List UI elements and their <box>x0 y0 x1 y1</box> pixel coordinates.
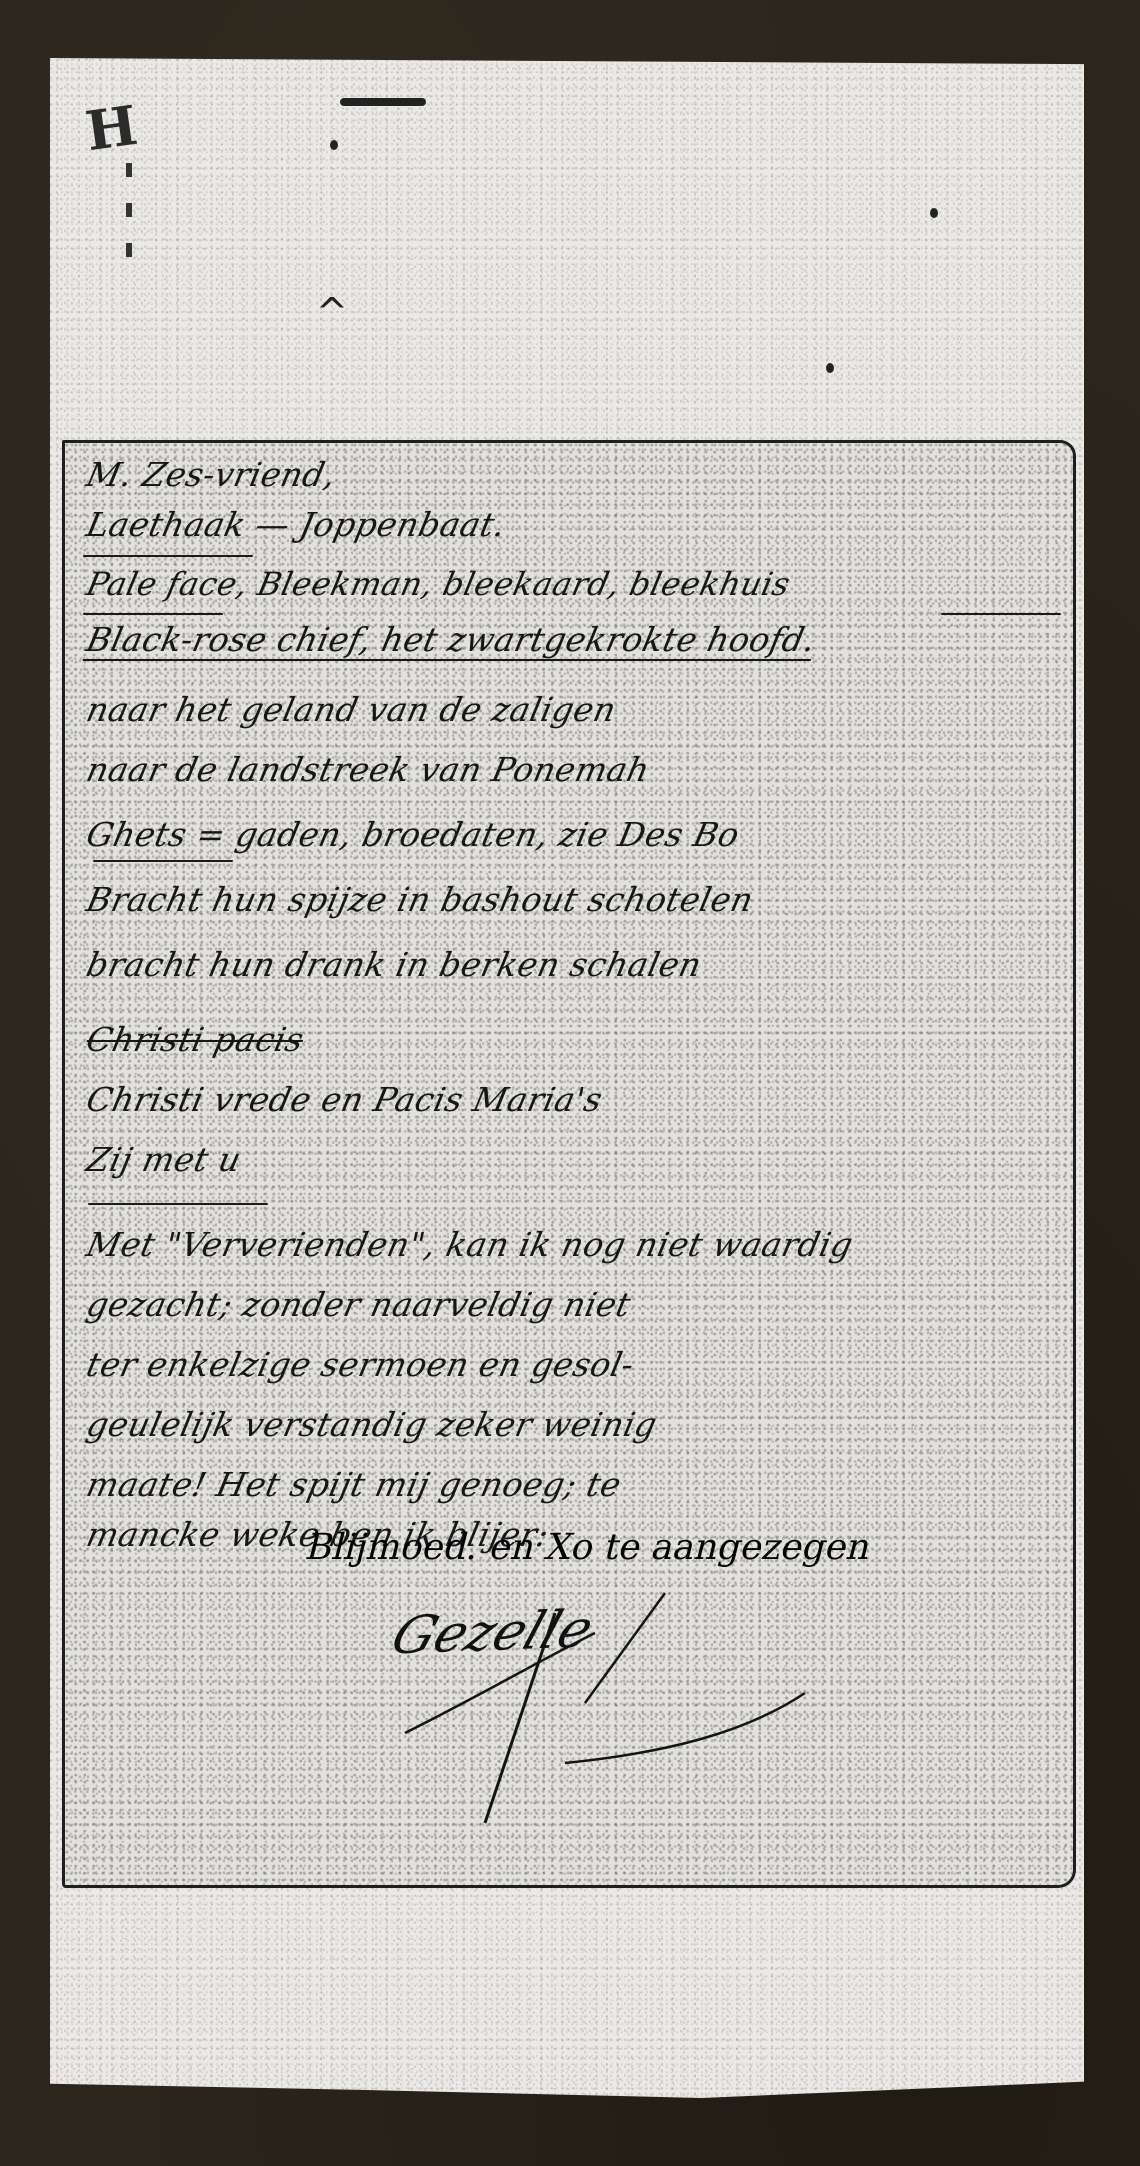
corner-letter-mark: H <box>82 93 141 163</box>
signature: Gezelle <box>384 1600 601 1667</box>
top-margin: H ^ <box>50 58 1084 438</box>
letter-line-13: Met "Ververienden", kan ik nog niet waar… <box>83 1225 857 1264</box>
dash-mark <box>340 98 426 106</box>
section-divider <box>88 1203 268 1205</box>
underline-rule <box>941 613 1061 615</box>
ink-dot <box>930 208 938 218</box>
letter-line-17: maate! Het spijt mij genoeg; te <box>83 1465 625 1504</box>
letter-line-1: M. Zes-vriend, <box>83 455 340 494</box>
ink-dot <box>330 140 338 150</box>
letter-line-7: Ghets = gaden, broedaten, zie Des Bo <box>83 815 743 854</box>
letter-line-5: naar het geland van de zaligen <box>83 690 620 729</box>
caret-mark: ^ <box>316 290 348 334</box>
letter-line-11: Christi vrede en Pacis Maria's <box>83 1080 606 1119</box>
underline-rule <box>83 555 253 557</box>
bottom-margin <box>50 1888 1084 2098</box>
letter-line-9: bracht hun drank in berken schalen <box>83 945 705 984</box>
paper-sheet: H ^ M. Zes-vriend, Laethaak — Joppenbaat… <box>50 58 1084 2098</box>
dotted-mark <box>126 163 132 273</box>
letter-line-15: ter enkelzige sermoen en gesol- <box>83 1345 638 1384</box>
underline-rule <box>93 860 233 862</box>
letter-closing: Blijmoed. en Xo te aangezegen <box>302 1527 876 1568</box>
letter-line-3: Pale face, Bleekman, bleekaard, bleekhui… <box>83 565 794 603</box>
underline-rule <box>83 613 223 615</box>
letter-line-14: gezacht; zonder naarveldig niet <box>83 1285 634 1324</box>
letter-panel: M. Zes-vriend, Laethaak — Joppenbaat. Pa… <box>62 440 1076 1888</box>
letter-line-16: geulelijk verstandig zeker weinig <box>83 1405 661 1444</box>
letter-line-12: Zij met u <box>83 1140 245 1179</box>
letter-line-4: Black-rose chief, het zwartgekrokte hoof… <box>83 620 819 659</box>
ink-dot <box>826 363 834 373</box>
letter-line-8: Bracht hun spijze in bashout schotelen <box>83 880 757 919</box>
letter-line-10-struck: Christi pacis <box>83 1020 307 1059</box>
letter-line-6: naar de landstreek van Ponemah <box>83 750 653 789</box>
letter-line-2: Laethaak — Joppenbaat. <box>83 505 509 544</box>
